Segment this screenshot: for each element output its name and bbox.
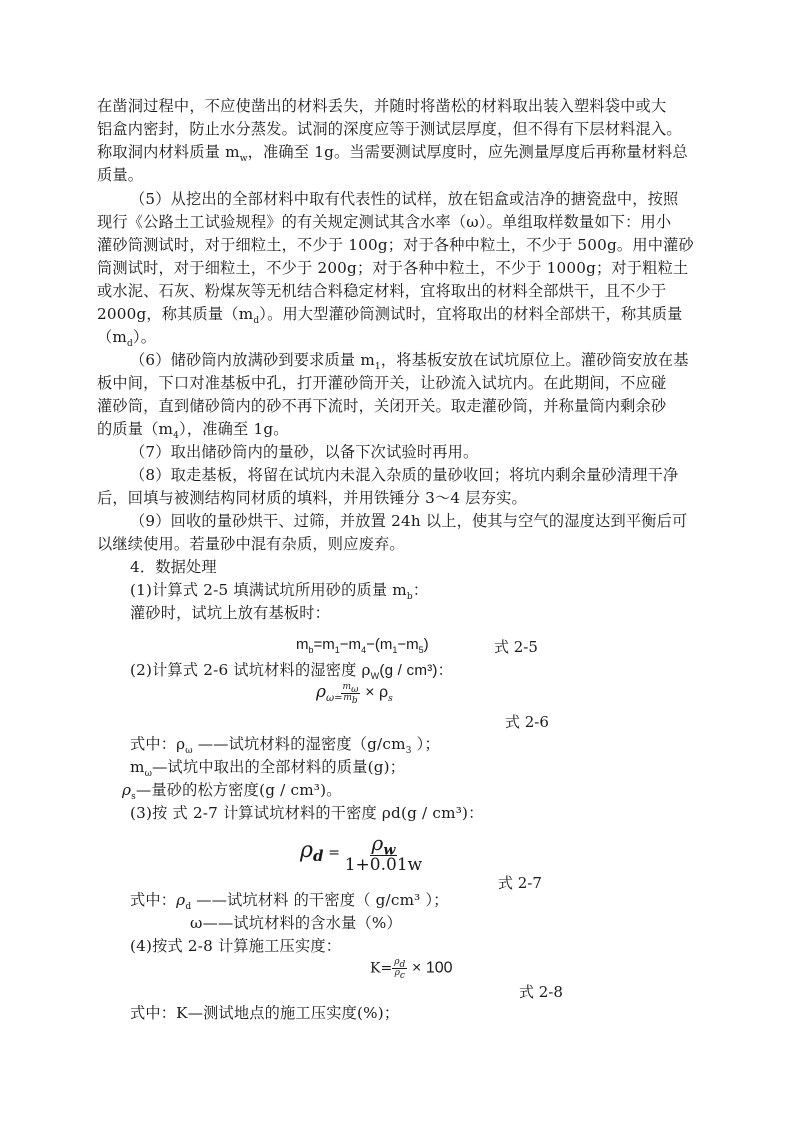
step-5-line: 或水泥、石灰、粉煤灰等无机结合料稳定材料，宜将取出的材料全部烘干，且不少于 bbox=[97, 281, 666, 301]
document-page: 在凿洞过程中，不应使凿出的材料丢失，并随时将凿松的材料取出装入塑料袋中或大 铝盒… bbox=[0, 0, 800, 1131]
definition-line: ρs—量砂的松方密度(g / cm³)。 bbox=[122, 780, 342, 800]
step-6-line: 板中间，下口对准基板中孔，打开灌砂筒开关，让砂流入试坑内。在此期间，不应碰 bbox=[97, 373, 666, 393]
formula-2-8: K=ρdρc × 100 bbox=[370, 958, 453, 979]
step-5-line: （5）从挖出的全部材料中取有代表性的试样，放在铝盒或洁净的搪瓷盘中，按照 bbox=[130, 189, 678, 209]
step-9-line: 以继续使用。若量砂中混有杂质，则应废弃。 bbox=[97, 534, 405, 554]
item-2-line: (2)计算式 2-6 试坑材料的湿密度 ρW(g / cm³)： bbox=[130, 660, 453, 681]
formula-2-7: ρd = ρw1+0.01w bbox=[300, 832, 422, 874]
text-line: 质量。 bbox=[97, 165, 143, 185]
step-5-line: （md）。 bbox=[97, 327, 156, 347]
step-5-line: 2000g，称其质量（md）。用大型灌砂筒测试时，宜将取出的材料全部烘干，称其质… bbox=[97, 304, 683, 324]
item-4-line: (4)按式 2-8 计算施工压实度： bbox=[130, 936, 341, 956]
text-line: 铝盒内密封，防止水分蒸发。试洞的深度应等于测试层厚度，但不得有下层材料混入。 bbox=[97, 119, 682, 139]
equation-number: 式 2-6 bbox=[505, 711, 549, 732]
equation-number: 式 2-7 bbox=[498, 872, 542, 893]
formula-2-5: mb=m1−m4−(m1−m5) bbox=[296, 636, 429, 653]
step-8-line: （8）取走基板，将留在试坑内未混入杂质的量砂收回；将坑内剩余量砂清理干净 bbox=[130, 465, 678, 485]
step-6-line: （6）储砂筒内放满砂到要求质量 m1，将基板安放在试坑原位上。灌砂筒安放在基 bbox=[130, 350, 689, 370]
step-7-line: （7）取出储砂筒内的量砂，以备下次试验时再用。 bbox=[130, 442, 478, 462]
step-9-line: （9）回收的量砂烘干、过筛，并放置 24h 以上，使其与空气的湿度达到平衡后可 bbox=[130, 511, 687, 531]
formula-2-6: ρω=mωmb × ρs bbox=[316, 682, 393, 703]
text-line: 称取洞内材料质量 mw，准确至 1g。当需要测试厚度时，应先测量厚度后再称量材料… bbox=[97, 142, 688, 162]
step-6-line: 的质量（m4），准确至 1g。 bbox=[97, 419, 289, 439]
section-heading: 4．数据处理 bbox=[130, 557, 217, 577]
definition-line: ω——试坑材料的含水量（%） bbox=[190, 913, 402, 933]
definition-line: 式中：ρω ——试坑材料的湿密度（g/cm3 ）； bbox=[130, 734, 440, 754]
text-line: 在凿洞过程中，不应使凿出的材料丢失，并随时将凿松的材料取出装入塑料袋中或大 bbox=[97, 96, 666, 116]
step-5-line: 灌砂筒测试时，对于细粒土，不少于 100g；对于各种中粒土，不少于 500g。用… bbox=[97, 235, 694, 255]
step-6-line: 灌砂筒，直到储砂筒内的砂不再下流时，关闭开关。取走灌砂筒，并称量筒内剩余砂 bbox=[97, 396, 666, 416]
equation-number: 式 2-8 bbox=[519, 981, 563, 1002]
item-3-line: (3)按 式 2-7 计算试坑材料的干密度 ρd(g / cm³)： bbox=[130, 803, 484, 823]
definition-line: 式中：K—测试地点的施工压实度(%)； bbox=[130, 1003, 399, 1023]
equation-number: 式 2-5 bbox=[494, 636, 538, 657]
step-8-line: 后，回填与被测结构同材质的填料，并用铁锤分 3～4 层夯实。 bbox=[97, 488, 527, 508]
item-1-note: 灌砂时，试坑上放有基板时： bbox=[130, 603, 330, 623]
step-5-line: 现行《公路土工试验规程》的有关规定测试其含水率（ω）。单组取样数量如下：用小 bbox=[97, 212, 671, 232]
definition-line: 式中：ρd ——试坑材料 的干密度（ g/cm³ ）； bbox=[130, 890, 449, 910]
definition-line: mω—试坑中取出的全部材料的质量(g)； bbox=[130, 757, 405, 777]
step-5-line: 筒测试时，对于细粒土，不少于 200g；对于各种中粒土，不少于 1000g；对于… bbox=[97, 258, 688, 278]
item-1-line: (1)计算式 2-5 填满试坑所用砂的质量 mb： bbox=[130, 580, 428, 600]
